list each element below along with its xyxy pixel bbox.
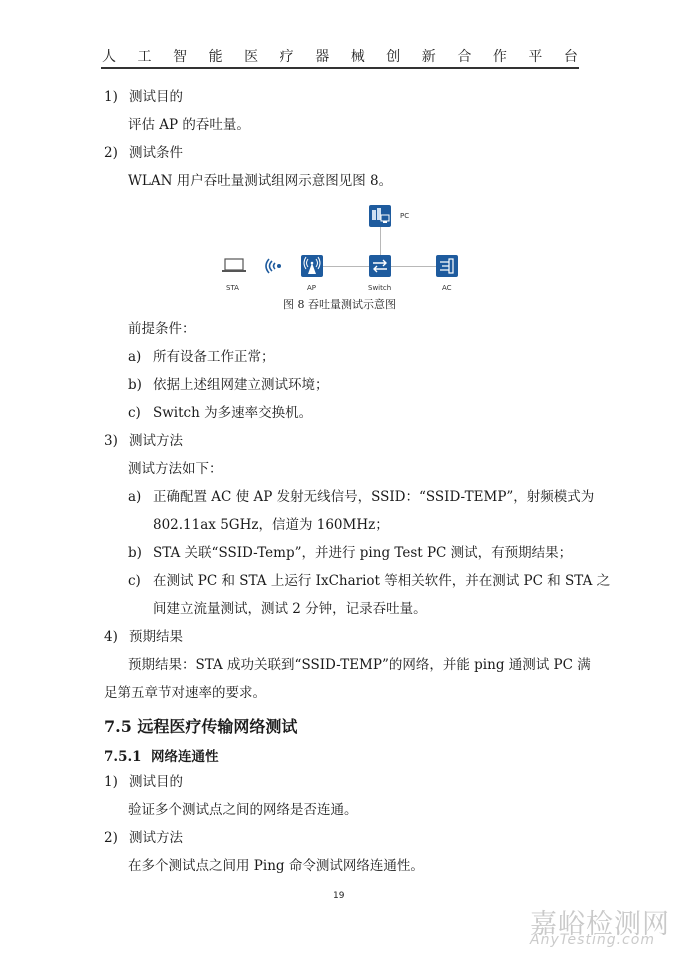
item-number: a)	[128, 488, 153, 506]
header-char: 械	[351, 46, 365, 66]
paragraph: 评估 AP 的吞吐量。	[128, 116, 250, 134]
paragraph: 测试方法如下：	[128, 460, 223, 478]
figure-caption: 图 8 吞吐量测试示意图	[283, 296, 396, 312]
header-char: 疗	[280, 46, 294, 66]
paragraph: 验证多个测试点之间的网络是否连通。	[128, 801, 358, 819]
header-char: 智	[173, 46, 187, 66]
page-number: 19	[333, 891, 344, 901]
subsection-title: 网络连通性	[151, 749, 219, 765]
header-char: 作	[493, 46, 507, 66]
paragraph: 预期结果：STA 成功关联到“SSID-TEMP”的网络，并能 ping 通测试…	[128, 656, 591, 674]
item-title: 测试条件	[129, 145, 183, 161]
item-text: STA 关联“SSID-Temp”，并进行 ping Test PC 测试，有预…	[153, 545, 572, 561]
node-label-pc: PC	[400, 212, 409, 220]
node-label-ac: AC	[442, 284, 452, 292]
list-item: a)所有设备工作正常；	[128, 348, 275, 366]
node-label-sta: STA	[226, 284, 239, 292]
header-char: 创	[386, 46, 400, 66]
list-item-continuation: 间建立流量测试，测试 2 分钟，记录吞吐量。	[153, 600, 427, 618]
header-char: 器	[315, 46, 329, 66]
list-item-heading: 2)测试方法	[104, 829, 183, 847]
item-number: a)	[128, 348, 153, 366]
network-diagram: STA AP Switch AC	[210, 200, 480, 305]
item-number: 3)	[104, 432, 129, 450]
access-controller-icon	[436, 255, 458, 277]
item-title: 测试方法	[129, 830, 183, 846]
item-number: 2)	[104, 829, 129, 847]
item-text: 在测试 PC 和 STA 上运行 IxChariot 等相关软件，并在测试 PC…	[153, 573, 610, 589]
paragraph: 在多个测试点之间用 Ping 命令测试网络连通性。	[128, 857, 424, 875]
section-heading: 7.5 远程医疗传输网络测试	[104, 714, 297, 737]
node-label-ap: AP	[307, 284, 316, 292]
running-header: 人 工 智 能 医 疗 器 械 创 新 合 作 平 台	[102, 46, 578, 66]
subsection-number: 7.5.1	[104, 749, 142, 765]
list-item: c)Switch 为多速率交换机。	[128, 404, 312, 422]
watermark-en: AnyTesting.com	[530, 932, 655, 948]
item-number: 1)	[104, 773, 129, 791]
item-number: 1)	[104, 88, 129, 106]
node-label-switch: Switch	[368, 284, 391, 292]
item-title: 测试目的	[129, 89, 183, 105]
list-item: a)正确配置 AC 使 AP 发射无线信号，SSID：“SSID-TEMP”，射…	[128, 488, 594, 506]
header-char: 新	[422, 46, 436, 66]
item-text: 依据上述组网建立测试环境；	[153, 377, 329, 393]
list-item-heading: 1)测试目的	[104, 773, 183, 791]
item-title: 预期结果	[129, 629, 183, 645]
list-item: b)STA 关联“SSID-Temp”，并进行 ping Test PC 测试，…	[128, 544, 572, 562]
laptop-icon	[222, 258, 246, 274]
list-item-heading: 2)测试条件	[104, 144, 183, 162]
wifi-signal-icon	[261, 256, 283, 276]
list-item: b)依据上述组网建立测试环境；	[128, 376, 329, 394]
header-char: 台	[564, 46, 578, 66]
paragraph: 前提条件：	[128, 320, 196, 338]
item-number: 4)	[104, 628, 129, 646]
list-item-heading: 3)测试方法	[104, 432, 183, 450]
list-item: c)在测试 PC 和 STA 上运行 IxChariot 等相关软件，并在测试 …	[128, 572, 610, 590]
item-number: b)	[128, 376, 153, 394]
header-char: 工	[138, 46, 152, 66]
item-text: Switch 为多速率交换机。	[153, 405, 312, 421]
list-item-continuation: 802.11ax 5GHz，信道为 160MHz；	[153, 516, 389, 534]
header-char: 医	[244, 46, 258, 66]
item-number: c)	[128, 404, 153, 422]
paragraph: WLAN 用户吞吐量测试组网示意图见图 8。	[128, 172, 392, 190]
access-point-icon	[301, 255, 323, 277]
switch-icon	[369, 255, 391, 277]
item-title: 测试方法	[129, 433, 183, 449]
header-char: 能	[209, 46, 223, 66]
header-char: 人	[102, 46, 116, 66]
list-item-heading: 4)预期结果	[104, 628, 183, 646]
pc-server-icon	[369, 205, 391, 227]
item-number: 2)	[104, 144, 129, 162]
subsection-heading: 7.5.1 网络连通性	[104, 745, 219, 765]
item-title: 测试目的	[129, 774, 183, 790]
item-text: 正确配置 AC 使 AP 发射无线信号，SSID：“SSID-TEMP”，射频模…	[153, 489, 594, 505]
item-text: 所有设备工作正常；	[153, 349, 275, 365]
list-item-heading: 1)测试目的	[104, 88, 183, 106]
header-rule	[101, 67, 579, 69]
item-number: b)	[128, 544, 153, 562]
item-number: c)	[128, 572, 153, 590]
paragraph-continuation: 足第五章节对速率的要求。	[104, 684, 266, 702]
header-char: 合	[457, 46, 471, 66]
header-char: 平	[528, 46, 542, 66]
